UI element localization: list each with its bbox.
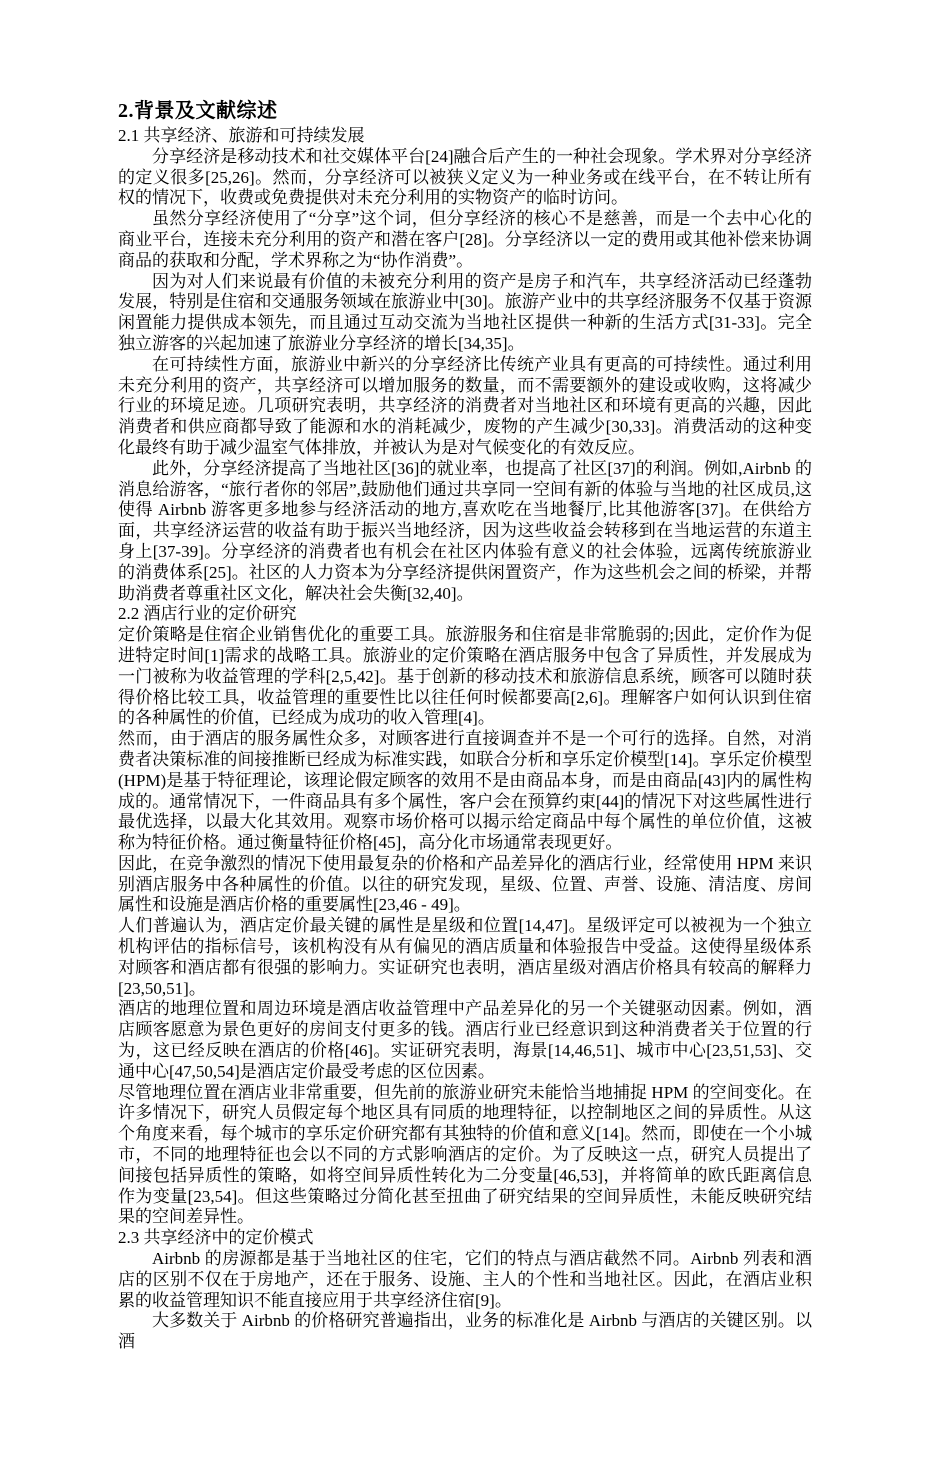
section-2-2: 2.2 酒店行业的定价研究 定价策略是住宿企业销售优化的重要工具。旅游服务和住宿… [118, 604, 812, 1228]
section-2-1: 2.1 共享经济、旅游和可持续发展 分享经济是移动技术和社交媒体平台[24]融合… [118, 126, 812, 604]
paragraph: 然而，由于酒店的服务属性众多，对顾客进行直接调查并不是一个可行的选择。自然，对消… [118, 729, 812, 854]
paragraph: 大多数关于 Airbnb 的价格研究普遍指出，业务的标准化是 Airbnb 与酒… [118, 1311, 812, 1353]
paragraph: 此外，分享经济提高了当地社区[36]的就业率，也提高了社区[37]的利润。例如,… [118, 459, 812, 605]
paragraph: 分享经济是移动技术和社交媒体平台[24]融合后产生的一种社会现象。学术界对分享经… [118, 147, 812, 209]
subsection-title-2-2: 2.2 酒店行业的定价研究 [118, 604, 812, 625]
paragraph: 定价策略是住宿企业销售优化的重要工具。旅游服务和住宿是非常脆弱的;因此，定价作为… [118, 625, 812, 729]
paragraph: 在可持续性方面，旅游业中新兴的分享经济比传统产业具有更高的可持续性。通过利用未充… [118, 355, 812, 459]
paragraph: 酒店的地理位置和周边环境是酒店收益管理中产品差异化的另一个关键驱动因素。例如，酒… [118, 999, 812, 1082]
paragraph: 因此，在竞争激烈的情况下使用最复杂的价格和产品差异化的酒店行业，经常使用 HPM… [118, 854, 812, 916]
paragraph: 因为对人们来说最有价值的未被充分利用的资产是房子和汽车，共享经济活动已经蓬勃发展… [118, 272, 812, 355]
document-heading: 2.背景及文献综述 [118, 98, 812, 124]
document-content: 2.背景及文献综述 2.1 共享经济、旅游和可持续发展 分享经济是移动技术和社交… [118, 98, 812, 1353]
document-page: { "page": { "background_color": "#ffffff… [0, 0, 925, 1465]
paragraph: 人们普遍认为，酒店定价最关键的属性是星级和位置[14,47]。星级评定可以被视为… [118, 916, 812, 999]
subsection-title-2-3: 2.3 共享经济中的定价模式 [118, 1228, 812, 1249]
section-2-3: 2.3 共享经济中的定价模式 Airbnb 的房源都是基于当地社区的住宅，它们的… [118, 1228, 812, 1353]
paragraph: 虽然分享经济使用了“分享”这个词，但分享经济的核心不是慈善，而是一个去中心化的商… [118, 209, 812, 271]
paragraph: Airbnb 的房源都是基于当地社区的住宅，它们的特点与酒店截然不同。Airbn… [118, 1249, 812, 1311]
subsection-title-2-1: 2.1 共享经济、旅游和可持续发展 [118, 126, 812, 147]
paragraph: 尽管地理位置在酒店业非常重要，但先前的旅游业研究未能恰当地捕捉 HPM 的空间变… [118, 1083, 812, 1229]
